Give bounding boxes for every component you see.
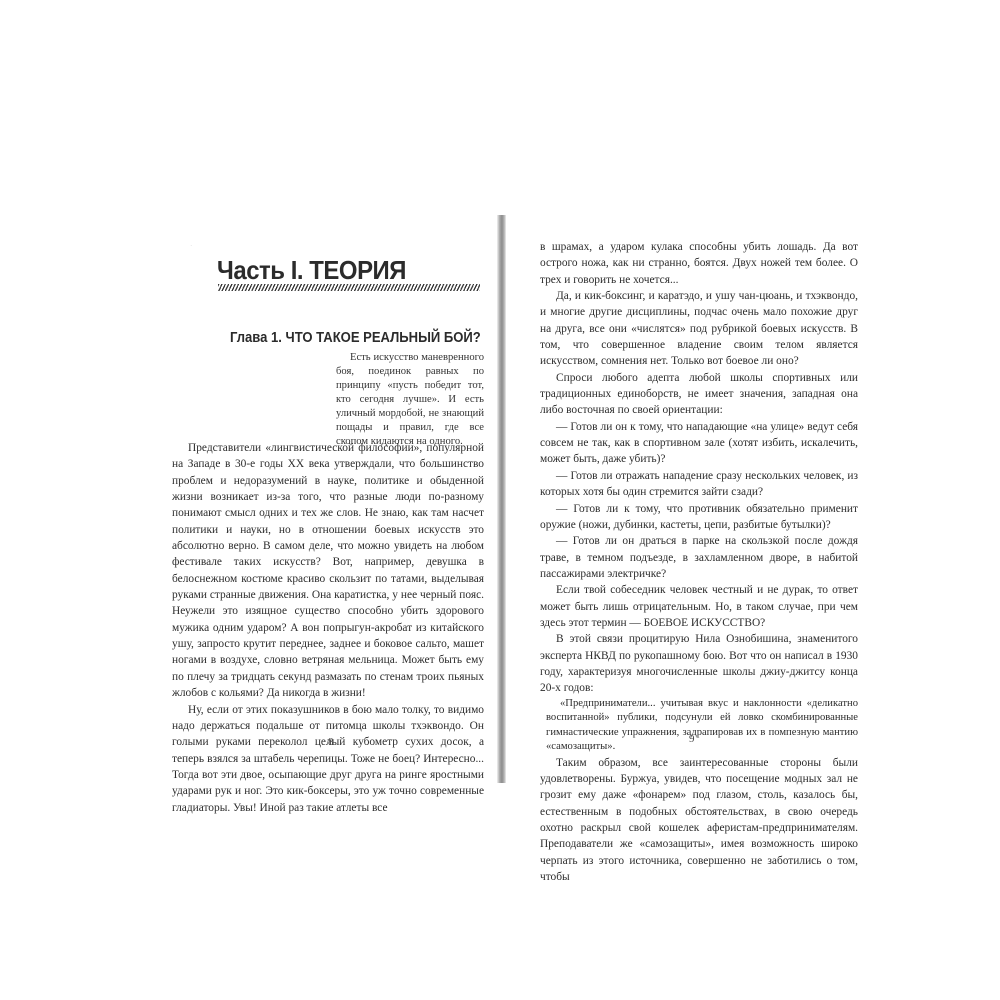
open-book-spread: . Часть I. ТЕОРИЯ Глава 1. ЧТО ТАКОЕ РЕА… (0, 0, 1000, 1000)
chapter-title: Глава 1. ЧТО ТАКОЕ РЕАЛЬНЫЙ БОЙ? (230, 330, 481, 346)
block-quote: «Предприниматели... учитывая вкус и накл… (540, 697, 858, 755)
paragraph: в шрамах, а ударом кулака способны убить… (540, 239, 858, 288)
page-number: 9 (689, 733, 695, 745)
part-title: Часть I. ТЕОРИЯ (217, 255, 406, 286)
paragraph: Если твой собеседник человек честный и н… (540, 582, 858, 631)
paragraph: В этой связи процитирую Нила Ознобишина,… (540, 631, 858, 696)
right-page: в шрамах, а ударом кулака способны убить… (506, 215, 876, 785)
page-number: 8 (328, 736, 334, 748)
hatched-rule (218, 284, 480, 291)
left-body-text: Представители «лингвистической философии… (172, 440, 484, 816)
dialogue-line: — Готов ли отражать нападение сразу неск… (540, 468, 858, 501)
paragraph: Таким образом, все заинтересованные стор… (540, 755, 858, 886)
book-spine (497, 215, 506, 783)
dialogue-line: — Готов ли он к тому, что нападающие «на… (540, 419, 858, 468)
paragraph: Да, и кик-боксинг, и каратэдо, и ушу чан… (540, 288, 858, 370)
left-page: . Часть I. ТЕОРИЯ Глава 1. ЧТО ТАКОЕ РЕА… (150, 215, 497, 785)
dialogue-line: — Готов ли он драться в парке на скользк… (540, 533, 858, 582)
dialogue-line: — Готов ли к тому, что противник обязате… (540, 501, 858, 534)
paragraph: Представители «лингвистической философии… (172, 440, 484, 702)
paragraph: Ну, если от этих показушников в бою мало… (172, 702, 484, 816)
paragraph: Спроси любого адепта любой школы спортив… (540, 370, 858, 419)
bleed-through-text: . (190, 237, 490, 249)
right-body-text: в шрамах, а ударом кулака способны убить… (540, 239, 858, 885)
epigraph: Есть искусство маневренного боя, поедино… (336, 351, 484, 449)
